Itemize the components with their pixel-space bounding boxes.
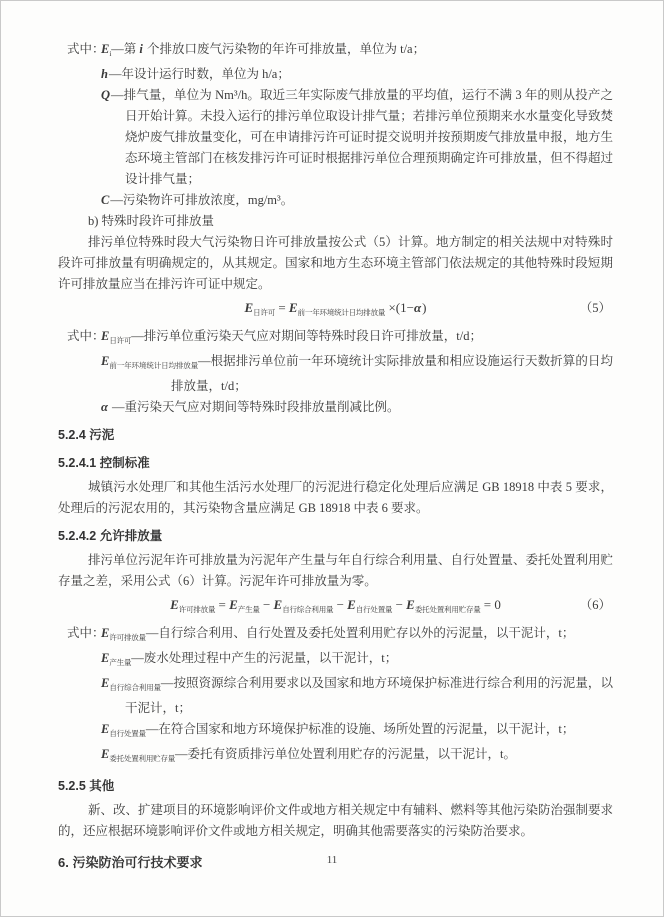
- term-prefix: 式中：: [67, 39, 105, 60]
- def-Ei: 式中：Ei—第 i 个排放口废气污染物的年许可排放量，单位为 t/a；: [58, 39, 613, 64]
- variable-subscript: 产生量: [238, 605, 260, 614]
- variable-subscript: 委托处置利用贮存量: [109, 754, 175, 763]
- text-run: −: [260, 597, 274, 612]
- text-run: =: [215, 597, 229, 612]
- heading-5-2-4-1: 5.2.4.1 控制标准: [58, 453, 613, 474]
- text-run: —重污染天气应对期间等特殊时段排放量削减比例。: [109, 400, 400, 414]
- variable: E自行综合利用量: [274, 597, 334, 612]
- text-run: —根据排污单位前一年环境统计实际排放量和相应设施运行天数折算的日均排放量，t/d…: [171, 354, 613, 393]
- variable: E前一年环境统计日均排放量: [101, 354, 198, 368]
- variable: α: [101, 400, 109, 414]
- para-control-standard: 城镇污水处理厂和其他生活污水处理厂的污泥进行稳定化处理后应满足 GB 18918…: [58, 477, 613, 519]
- para-other-requirements: 新、改、扩建项目的环境影响评价文件或地方相关规定中有辅料、燃料等其他污染防治强制…: [58, 800, 613, 842]
- text-run: = 0: [481, 597, 501, 612]
- variable: h: [101, 67, 109, 81]
- variable-subscript: 前一年环境统计日均排放量: [109, 361, 198, 370]
- text-run: ×(1−: [385, 300, 414, 315]
- def-E-daily-permit: 式中：E日许可—排污单位重污染天气应对期间等特殊时段日许可排放量，t/d；: [58, 326, 613, 351]
- text-run: —第: [111, 42, 139, 56]
- heading-5-2-4-2: 5.2.4.2 允许排放量: [58, 526, 613, 547]
- text-run: ): [422, 300, 426, 315]
- variable: C: [101, 193, 110, 207]
- formula-5: E日许可 = E前一年环境统计日均排放量 ×(1−α)（5）: [58, 297, 613, 324]
- text-run: —年设计运行时数，单位为 h/a；: [109, 67, 290, 81]
- variable-subscript: 自行综合利用量: [282, 605, 333, 614]
- document-body: 式中：Ei—第 i 个排放口废气污染物的年许可排放量，单位为 t/a；h—年设计…: [58, 39, 613, 873]
- heading-5-2-5: 5.2.5 其他: [58, 776, 613, 797]
- def-E-produced: E产生量—废水处理过程中产生的污泥量，以干泥计，t；: [58, 648, 613, 673]
- variable-subscript: 自行处置量: [109, 729, 146, 738]
- term-prefix: 式中：: [67, 326, 105, 347]
- variable: E产生量: [229, 597, 260, 612]
- text-run: —排气量，单位为 Nm³/h。取近三年实际废气排放量的平均值，运行不满 3 年的…: [111, 88, 613, 186]
- def-E-self-disposal: E自行处置量—在符合国家和地方环境保护标准的设施、场所处置的污泥量，以干泥计，t…: [58, 719, 613, 744]
- variable-subscript: 许可排放量: [109, 633, 146, 642]
- para-special-period: 排污单位特殊时段大气污染物日许可排放量按公式（5）计算。地方制定的相关法规中对特…: [58, 232, 613, 295]
- text-run: —自行综合利用、自行处置及委托处置利用贮存以外的污泥量，以干泥计，t；: [146, 626, 574, 640]
- text-run: —污染物许可排放浓度，mg/m³。: [110, 193, 293, 207]
- formula-body: E日许可 = E前一年环境统计日均排放量 ×(1−α): [245, 300, 427, 315]
- text-run: —按照资源综合利用要求以及国家和地方环境保护标准进行综合利用的污泥量，以干泥计，…: [125, 676, 613, 715]
- variable: E自行综合利用量: [101, 676, 161, 690]
- variable-subscript: 自行综合利用量: [109, 683, 161, 692]
- def-alpha: α —重污染天气应对期间等特殊时段排放量削减比例。: [58, 397, 613, 418]
- variable: Q: [101, 88, 111, 102]
- page-number: 11: [327, 854, 338, 866]
- def-E-entrusted-storage: E委托处置利用贮存量—委托有资质排污单位处置利用贮存的污泥量，以干泥计，t。: [58, 744, 613, 769]
- page-footer: 11: [1, 854, 663, 866]
- item-b-heading: b) 特殊时段许可排放量: [58, 211, 613, 232]
- variable: E日许可: [245, 300, 276, 315]
- variable: α: [414, 300, 422, 315]
- def-E-self-comprehensive-use: E自行综合利用量—按照资源综合利用要求以及国家和地方环境保护标准进行综合利用的污…: [58, 673, 613, 719]
- def-Q: Q—排气量，单位为 Nm³/h。取近三年实际废气排放量的平均值，运行不满 3 年…: [58, 85, 613, 190]
- formula-body: E许可排放量 = E产生量 − E自行综合利用量 − E自行处置量 − E委托处…: [170, 597, 501, 612]
- variable-subscript: 产生量: [109, 658, 131, 667]
- variable-subscript: 自行处置量: [356, 605, 393, 614]
- text-run: −: [392, 597, 406, 612]
- variable: E委托处置利用贮存量: [101, 747, 175, 761]
- term-prefix: 式中：: [67, 623, 105, 644]
- variable: E许可排放量: [170, 597, 215, 612]
- text-run: —在符合国家和地方环境保护标准的设施、场所处置的污泥量，以干泥计，t；: [146, 722, 574, 736]
- variable-subscript: 许可排放量: [179, 605, 216, 614]
- variable: E前一年环境统计日均排放量: [289, 300, 385, 315]
- text-run: =: [275, 300, 289, 315]
- para-allowed-discharge: 排污单位污泥年许可排放量为污泥年产生量与年自行综合利用量、自行处置量、委托处置利…: [58, 550, 613, 592]
- def-E-permit-amount: 式中：E许可排放量—自行综合利用、自行处置及委托处置利用贮存以外的污泥量，以干泥…: [58, 623, 613, 648]
- variable: E许可排放量: [101, 626, 146, 640]
- variable: E自行处置量: [347, 597, 392, 612]
- def-E-prev-year: E前一年环境统计日均排放量—根据排污单位前一年环境统计实际排放量和相应设施运行天…: [58, 351, 613, 397]
- text-run: 个排放口废气污染物的年许可排放量，单位为 t/a；: [144, 42, 425, 56]
- document-page: 式中：Ei—第 i 个排放口废气污染物的年许可排放量，单位为 t/a；h—年设计…: [0, 0, 664, 917]
- variable-subscript: 前一年环境统计日均排放量: [298, 308, 386, 317]
- formula-6: E许可排放量 = E产生量 − E自行综合利用量 − E自行处置量 − E委托处…: [58, 594, 613, 621]
- variable-subscript: 委托处置利用贮存量: [415, 605, 481, 614]
- formula-number: （5）: [580, 297, 611, 319]
- text-run: —排污单位重污染天气应对期间等特殊时段日许可排放量，t/d；: [131, 329, 482, 343]
- variable: E委托处置利用贮存量: [406, 597, 480, 612]
- variable: E产生量: [101, 651, 131, 665]
- text-run: —废水处理过程中产生的污泥量，以干泥计，t；: [131, 651, 397, 665]
- text-run: —委托有资质排污单位处置利用贮存的污泥量，以干泥计，t。: [175, 747, 516, 761]
- formula-number: （6）: [580, 594, 611, 616]
- heading-5-2-4: 5.2.4 污泥: [58, 425, 613, 446]
- variable: E自行处置量: [101, 722, 146, 736]
- variable-subscript: 日许可: [109, 336, 131, 345]
- def-h: h—年设计运行时数，单位为 h/a；: [58, 64, 613, 85]
- def-C: C—污染物许可排放浓度，mg/m³。: [58, 190, 613, 211]
- variable-subscript: 日许可: [253, 308, 275, 317]
- text-run: −: [333, 597, 347, 612]
- variable: E日许可: [101, 329, 131, 343]
